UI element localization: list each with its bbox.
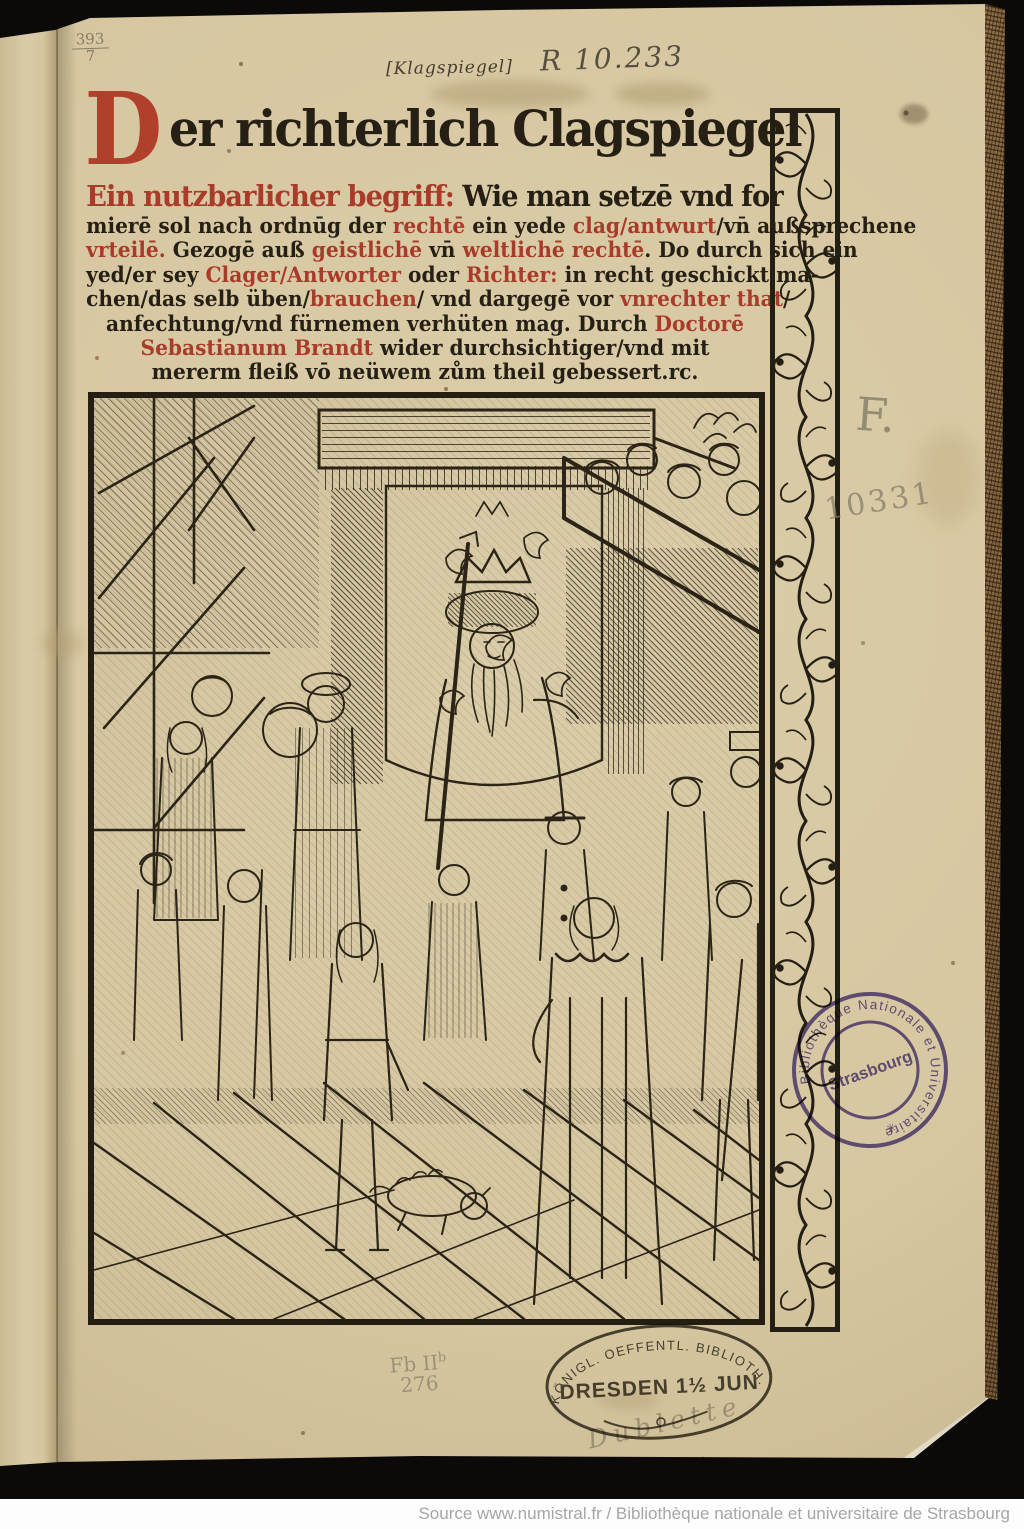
hatch-texture — [390, 548, 759, 724]
black-text: anfechtung/vnd fürnemen verhüten mag. Du… — [106, 311, 655, 336]
rubricated-text: Sebastianum Brandt — [141, 335, 373, 360]
hatch-texture — [322, 417, 650, 459]
hatch-texture — [157, 758, 211, 918]
title-paragraph-line: yed/er sey Clager/Antworter oder Richter… — [86, 263, 764, 287]
shelfmark-annotation: R 10.233 — [539, 39, 684, 77]
black-text: wider durchsichtiger/vnd mit — [373, 335, 710, 360]
rubricated-text: Clager/Antworter — [206, 262, 401, 287]
folio-number-annotation: 393 7 — [71, 31, 109, 64]
black-text: / vnd dargegē vor — [417, 286, 620, 311]
rubricated-text: rechtē — [393, 213, 466, 238]
dresden-underline-squiggle — [604, 1411, 709, 1430]
title-paragraph-line: mierē sol nach ordnūg der rechtē ein yed… — [86, 214, 764, 238]
rubricated-text: Richter: — [466, 262, 558, 287]
source-attribution-text: Source www.numistral.fr / Bibliothèque n… — [418, 1504, 1010, 1524]
page-corner-fold — [898, 1396, 990, 1462]
stamp-center-text: Strasbourg — [826, 1047, 915, 1094]
hatch-texture — [296, 728, 352, 958]
rubricated-text: geistlichē — [312, 237, 422, 262]
paper-stain — [900, 104, 928, 124]
black-text: Gezogē auß — [166, 237, 312, 262]
title-paragraph-line: vrteilē. Gezogē auß geistlichē vn̄ weltl… — [86, 238, 764, 262]
border-cap-bottom — [770, 1327, 840, 1332]
paper-stain — [40, 630, 84, 656]
black-text: vn̄ — [422, 237, 462, 262]
main-title: Der richterlich Clagspiegel — [80, 94, 786, 164]
folio-denominator: 7 — [86, 47, 96, 65]
scanned-book-page: 393 7 [Klagspiegel] R 10.233 Der richter… — [0, 0, 1024, 1529]
black-text: yed/er sey — [86, 262, 205, 287]
border-rule-left — [770, 108, 775, 1332]
title-initial-red: D — [84, 94, 162, 164]
black-text: mierē sol nach ordnūg der — [86, 213, 393, 238]
title-paragraph: Ein nutzbarlicher begriff: Wie man setzē… — [72, 178, 778, 385]
woodcut-illustration — [88, 392, 765, 1325]
title-paragraph-line: mererm fleiß vō neüwem zům theil gebesse… — [86, 360, 764, 384]
rubricated-text: vrteilē. — [86, 237, 166, 262]
fb-number: 276 — [400, 1370, 440, 1397]
hatch-texture — [609, 488, 644, 774]
black-text: mererm fleiß vō neüwem zům theil gebesse… — [152, 359, 699, 384]
dresden-seal-dot — [657, 1418, 665, 1426]
rubricated-text: vnrechter that — [620, 286, 783, 311]
black-text: chen/das selb üben/ — [86, 286, 310, 311]
hatch-texture — [414, 593, 568, 627]
black-text: ein yede — [465, 213, 573, 238]
title-paragraph-line: Ein nutzbarlicher begriff: Wie man setzē… — [86, 178, 764, 214]
rubricated-text: weltlichē rechtē — [462, 237, 644, 262]
black-text: Wie man setzē vnd for — [462, 179, 782, 213]
dresden-date-text: DRESDEN 1½ JUN — [559, 1371, 759, 1404]
title-paragraph-line: Sebastianum Brandt wider durchsichtiger/… — [86, 336, 764, 360]
rubricated-text: clag/antwurt — [573, 213, 716, 238]
pencil-fb-annotation: Fb IIb 276 — [389, 1348, 449, 1396]
black-text: oder — [401, 262, 466, 287]
paper-page: 393 7 [Klagspiegel] R 10.233 Der richter… — [0, 0, 1024, 1529]
rubricated-text: Ein nutzbarlicher begriff: — [86, 179, 462, 213]
klagspiegel-annotation: [Klagspiegel] — [386, 57, 513, 79]
pencil-f-annotation: F. — [854, 387, 897, 444]
source-attribution-bar: Source www.numistral.fr / Bibliothèque n… — [0, 1499, 1024, 1529]
title-paragraph-line: chen/das selb üben/brauchen/ vnd dargegē… — [86, 287, 764, 311]
paper-specks — [0, 0, 2, 2]
book-fore-edge — [985, 4, 1005, 1400]
woodcut-court-scene — [94, 398, 759, 1319]
rubricated-text: brauchen — [310, 286, 417, 311]
dresden-library-stamp: KÖNIGL. OEFFENTL. BIBLIOTH. DRESDEN 1½ J… — [537, 1312, 782, 1456]
rubricated-text: Doctorē — [655, 311, 744, 336]
title-paragraph-line: anfechtung/vnd fürnemen verhüten mag. Du… — [86, 312, 764, 336]
fb-superscript: b — [437, 1350, 446, 1366]
border-cap-top — [770, 108, 840, 113]
title-text: er richterlich Clagspiegel — [169, 99, 801, 158]
binding-guard-strip — [0, 26, 58, 1466]
